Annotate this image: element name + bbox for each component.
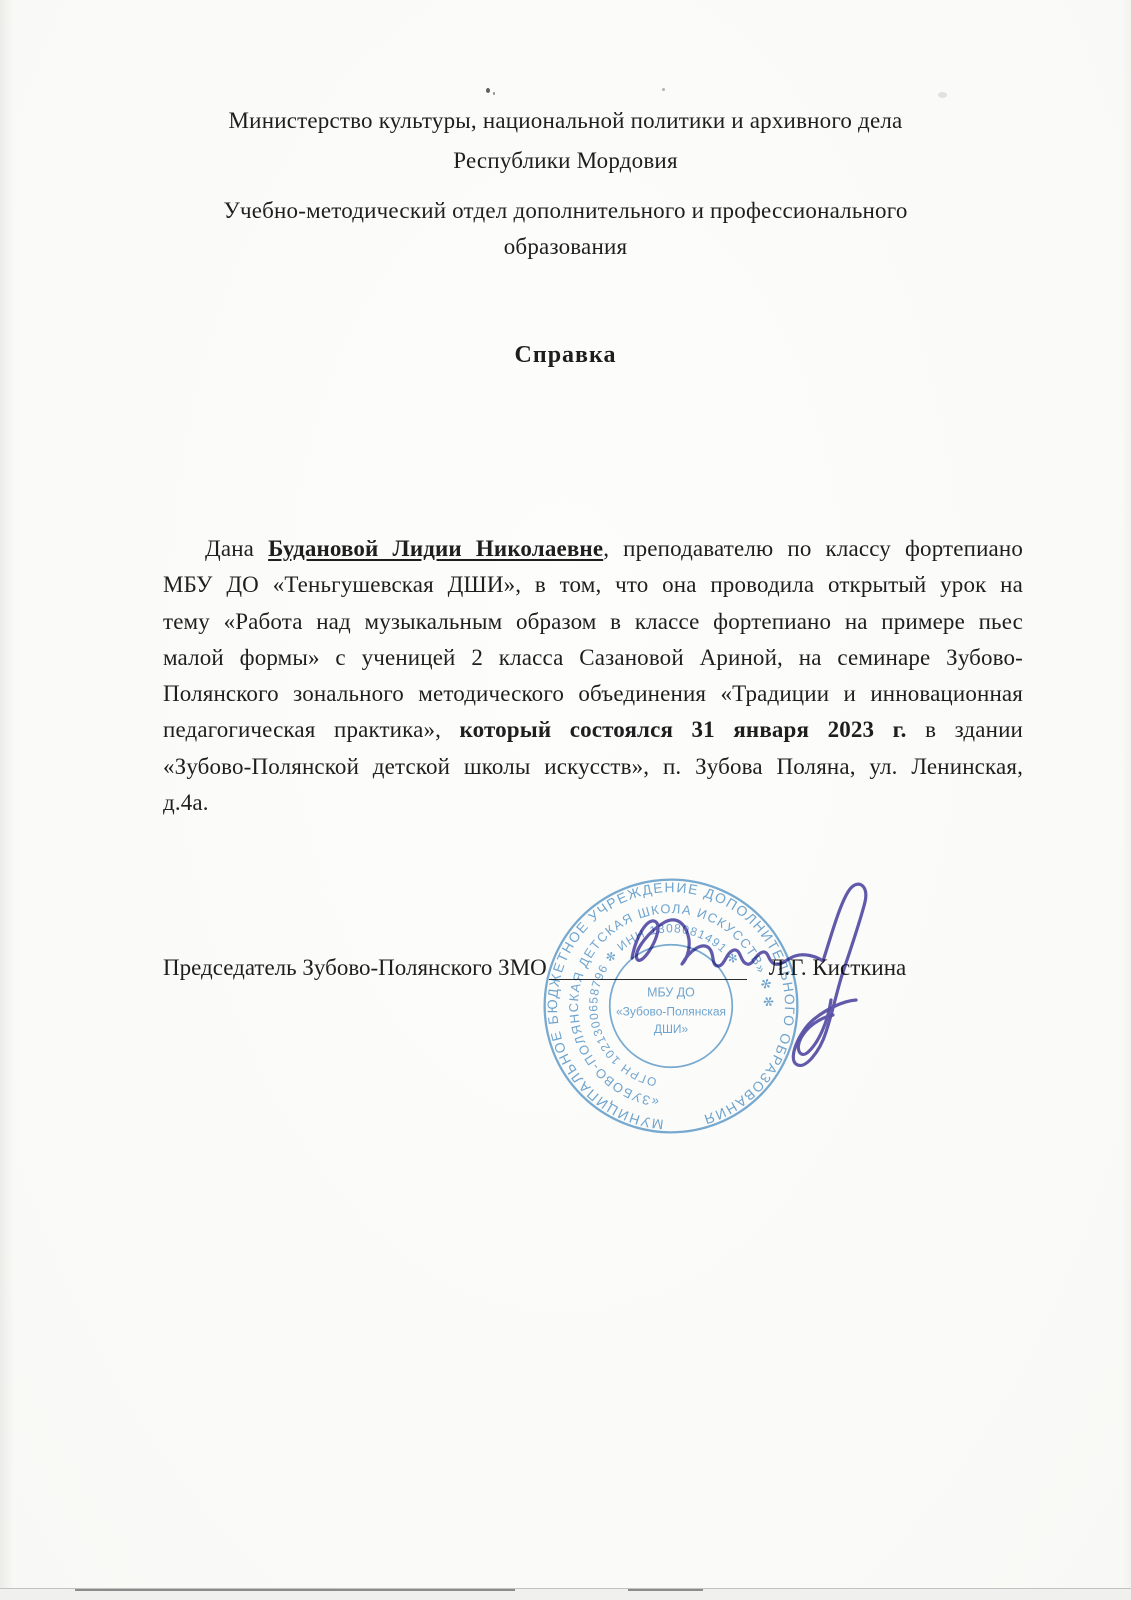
paper-speck [938,92,947,98]
signature-main-stroke [632,884,866,1065]
header-ministry: Министерство культуры, национальной поли… [70,101,1061,181]
signature-ink [592,872,892,1102]
paper-speck [486,88,490,93]
scanned-document-page: Министерство культуры, национальной поли… [0,0,1131,1600]
event-date: который состоялся 31 января 2023 г. [460,717,907,742]
department-line-1: Учебно-методический отдел дополнительног… [70,193,1061,229]
department-line-2: образования [70,229,1061,265]
recipient-name: Будановой Лидии Николаевне [268,536,603,561]
body-lead: Дана [205,536,268,561]
scan-edge-mark [628,1589,703,1591]
ministry-line-1: Министерство культуры, национальной поли… [70,101,1061,141]
body-paragraph: Дана Будановой Лидии Николаевне, препода… [163,531,1023,821]
paper-speck [493,92,495,95]
doc-title: Справка [0,340,1131,370]
ministry-line-2: Республики Мордовия [70,141,1061,181]
body-middle: , преподавателю по классу фортепиано МБУ… [163,536,1023,742]
header-department: Учебно-методический отдел дополнительног… [70,193,1061,265]
signature-position-label: Председатель Зубово-Полянского ЗМО [163,951,547,985]
paper-speck [662,88,665,91]
scan-edge-mark [75,1589,515,1591]
